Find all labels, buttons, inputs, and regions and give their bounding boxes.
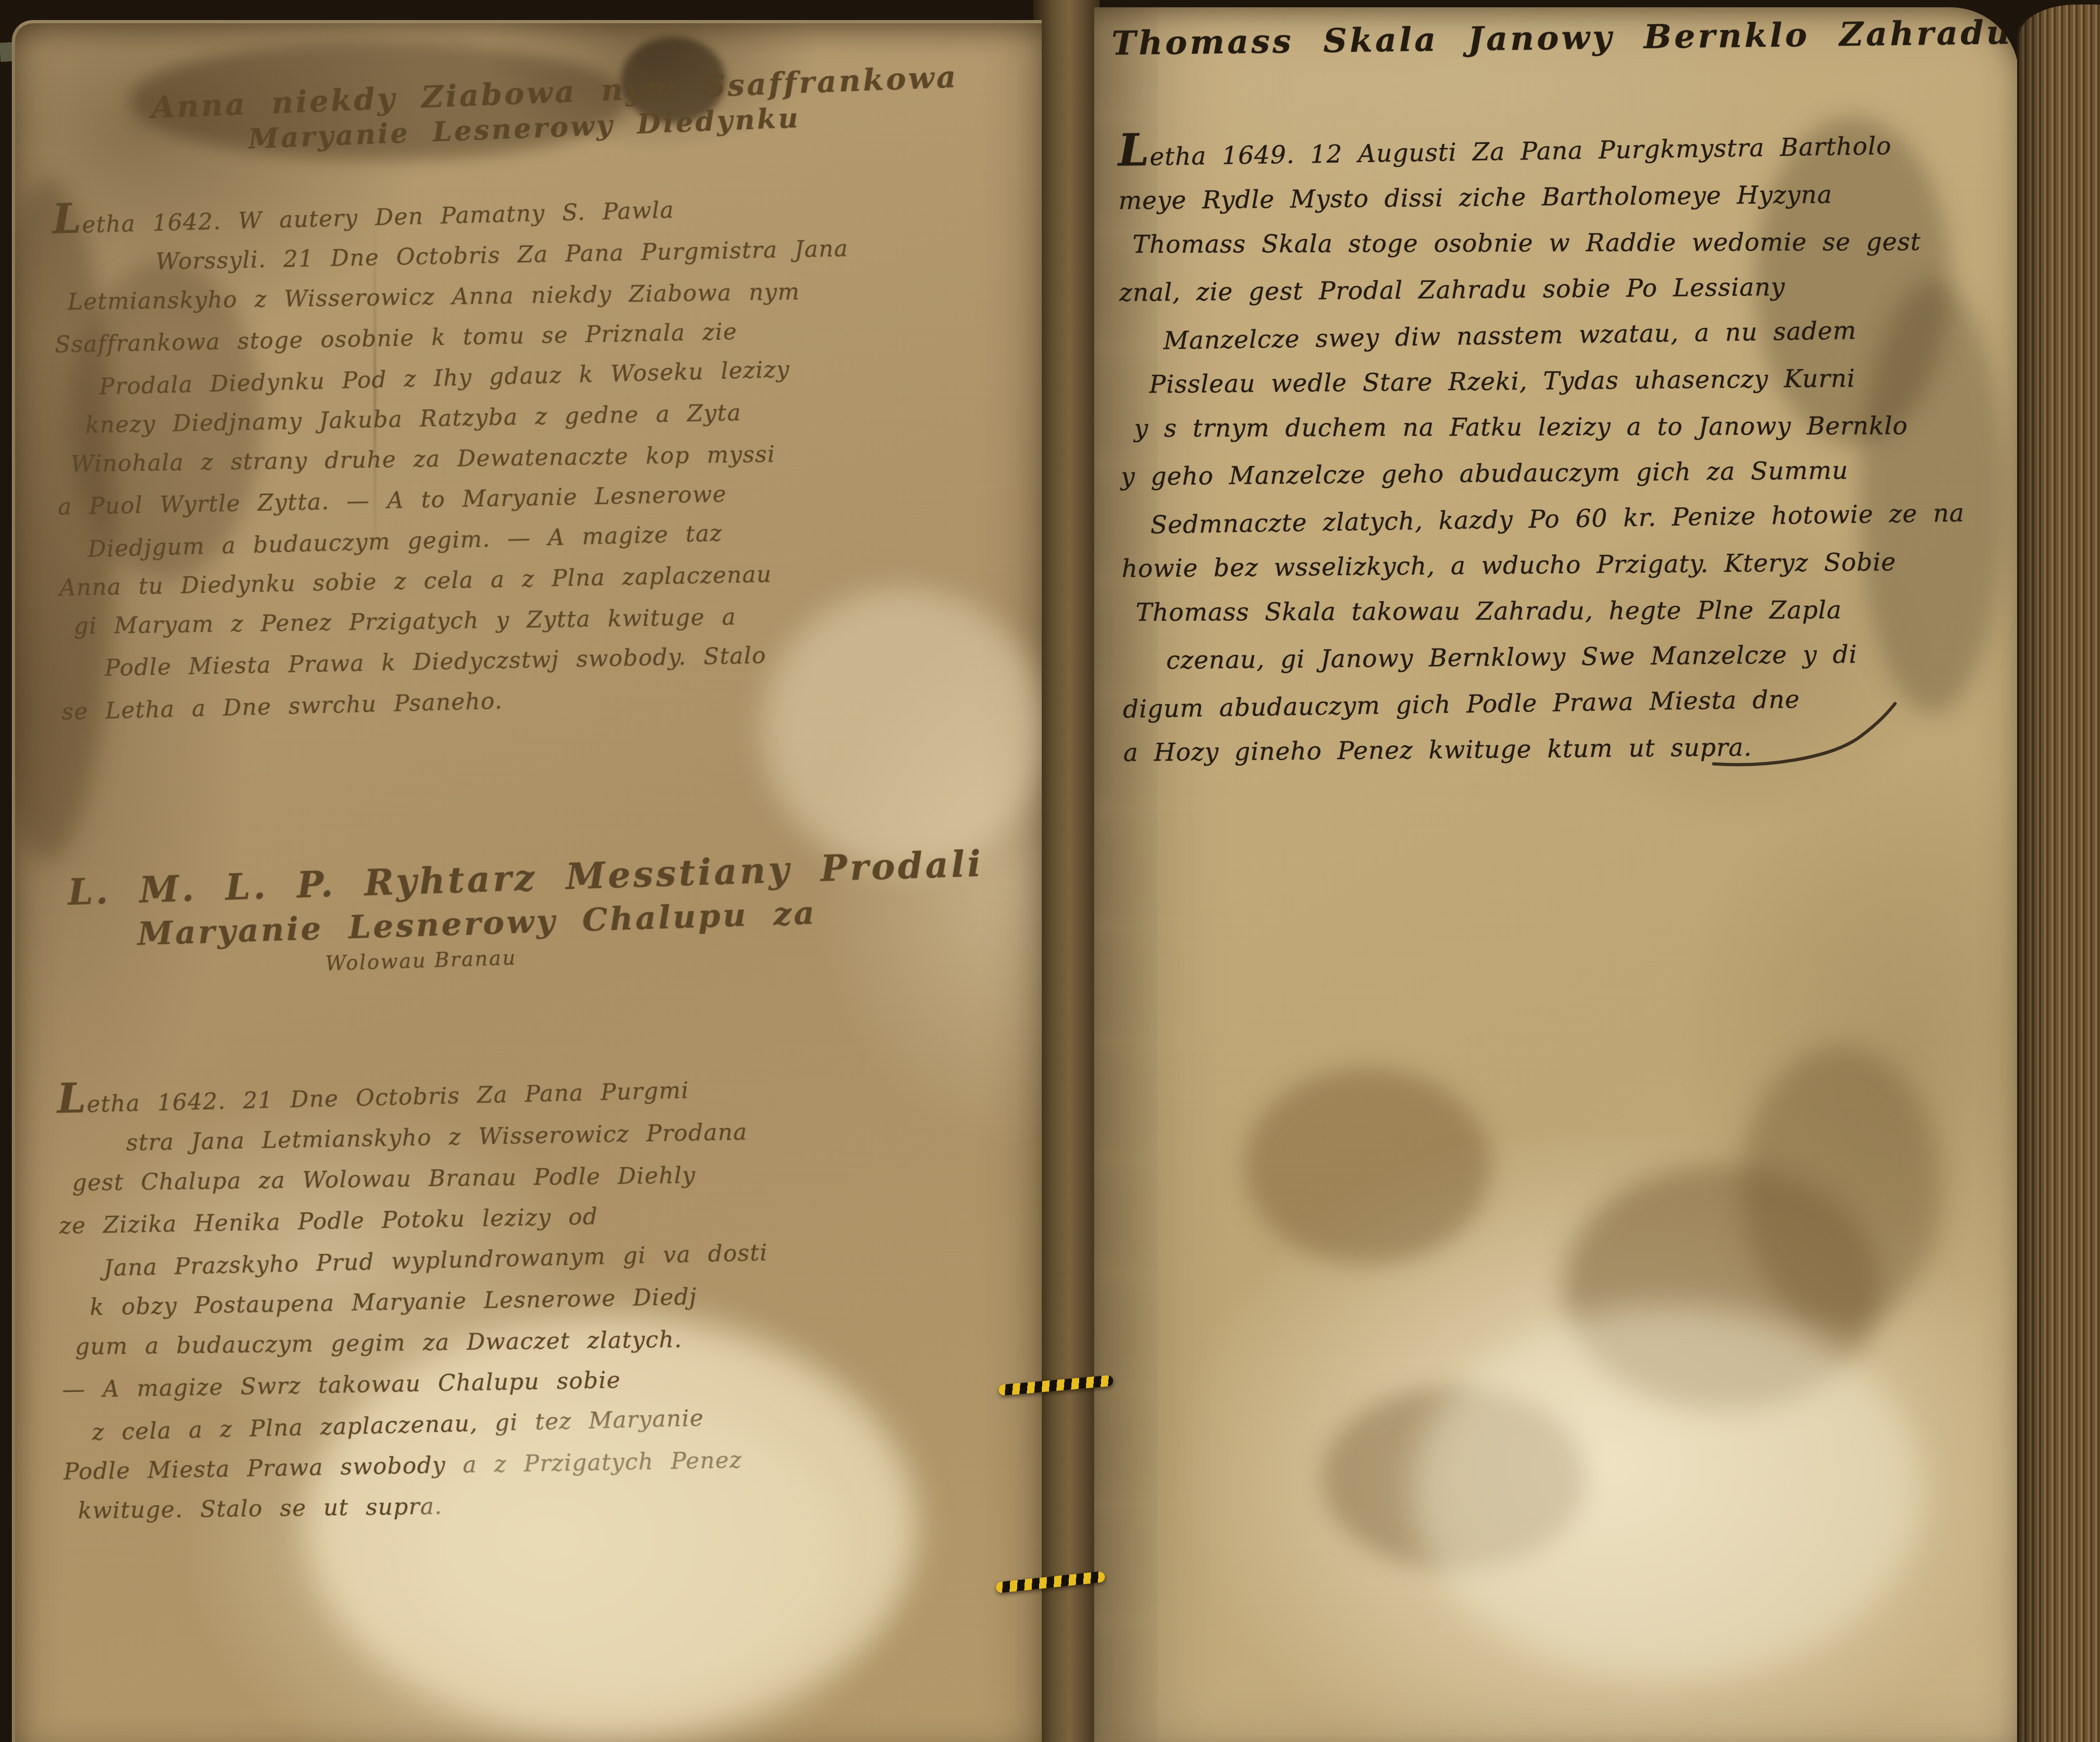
entry-text: Letha 1649. 12 Augusti Za Pana Purgkmyst… [1118,117,1967,776]
text-line: gest Chalupa za Wolowau Branau Podle Die… [72,1154,767,1203]
entry1-heading: Anna niekdy Ziabowa nym Ssaffrankowa Mar… [151,59,960,159]
right-page: Thomass Skala Janowy Bernklo Zahradu Let… [1094,7,2019,1742]
stain [1563,1164,1882,1410]
entry2-text: Letha 1642. 21 Dne Octobris Za Pana Purg… [56,1064,772,1533]
manuscript-spread: Anna niekdy Ziabowa nym Ssaffrankowa Mar… [0,0,2100,1742]
text-line: kwituge. Stalo se ut supra. [77,1481,772,1531]
left-page: Anna niekdy Ziabowa nym Ssaffrankowa Mar… [12,20,1042,1742]
book-fore-edge [2017,5,2100,1742]
text-line: gum a budauczym gegim za Dwaczet zlatych… [75,1318,769,1367]
text-line: Letha 1649. 12 Augusti Za Pana Purgkmyst… [1118,115,1962,180]
stain [1413,1305,1923,1679]
binding-gutter [1033,0,1100,1742]
text-line: Pissleau wedle Stare Rzeki, Tydas uhasen… [1149,354,1963,408]
stain [1322,1387,1586,1569]
text-line: Thomass Skala takowau Zahradu, hegte Pln… [1136,587,1965,635]
entry1-text: Letha 1642. W autery Den Pamatny S. Pawl… [52,181,857,730]
stain [1741,1046,1941,1328]
text-line: y s trnym duchem na Fatku lezizy a to Ja… [1134,403,1963,451]
stain [1245,1068,1490,1264]
text-line: Thomass Skala stoge osobnie w Raddie wed… [1132,219,1962,267]
entry2-heading: L. M. L. P. Ryhtarz Messtiany Prodali Ma… [67,843,987,983]
entry-heading: Thomass Skala Janowy Bernklo Zahradu [1111,13,2013,62]
